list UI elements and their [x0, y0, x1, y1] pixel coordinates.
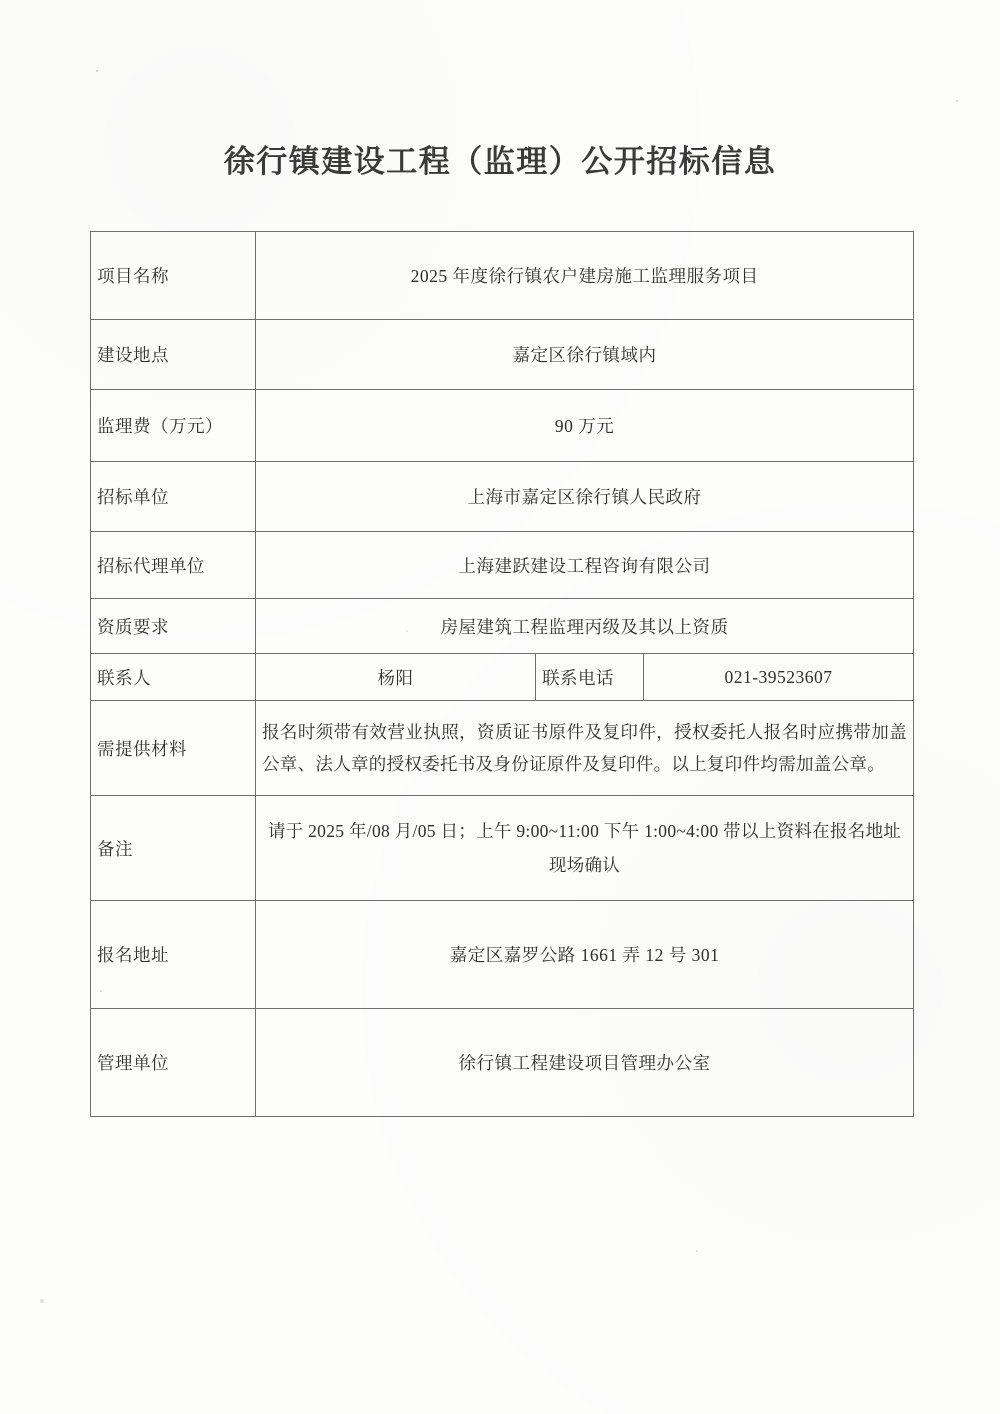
table-row-agency-unit: 招标代理单位 上海建跃建设工程咨询有限公司	[91, 532, 914, 599]
row-label: 招标单位	[91, 462, 256, 532]
row-value: 徐行镇工程建设项目管理办公室	[256, 1009, 914, 1117]
table-row-tendering-unit: 招标单位 上海市嘉定区徐行镇人民政府	[91, 462, 914, 532]
row-label-phone: 联系电话	[536, 654, 644, 701]
row-label: 联系人	[91, 654, 256, 701]
row-label: 备注	[91, 796, 256, 901]
row-value: 上海建跃建设工程咨询有限公司	[256, 532, 914, 599]
row-label: 资质要求	[91, 599, 256, 654]
row-value: 请于 2025 年/08 月/05 日；上午 9:00~11:00 下午 1:0…	[256, 796, 914, 901]
row-label: 监理费（万元）	[91, 390, 256, 462]
row-label: 报名地址	[91, 901, 256, 1009]
row-value: 房屋建筑工程监理丙级及其以上资质	[256, 599, 914, 654]
row-label: 项目名称	[91, 232, 256, 320]
row-label: 管理单位	[91, 1009, 256, 1117]
table-row-location: 建设地点 嘉定区徐行镇域内	[91, 320, 914, 390]
row-value: 嘉定区徐行镇域内	[256, 320, 914, 390]
row-label: 需提供材料	[91, 701, 256, 796]
contact-name: 杨阳	[256, 654, 536, 701]
contact-phone: 021-39523607	[644, 654, 914, 701]
row-value: 嘉定区嘉罗公路 1661 弄 12 号 301	[256, 901, 914, 1009]
row-label: 招标代理单位	[91, 532, 256, 599]
row-value: 报名时须带有效营业执照，资质证书原件及复印件，授权委托人报名时应携带加盖公章、法…	[256, 701, 914, 796]
row-value: 上海市嘉定区徐行镇人民政府	[256, 462, 914, 532]
bid-info-table: 项目名称 2025 年度徐行镇农户建房施工监理服务项目 建设地点 嘉定区徐行镇域…	[90, 231, 914, 1117]
table-row-remarks: 备注 请于 2025 年/08 月/05 日；上午 9:00~11:00 下午 …	[91, 796, 914, 901]
scan-speck	[96, 70, 98, 72]
scanned-document-page: 徐行镇建设工程（监理）公开招标信息 项目名称 2025 年度徐行镇农户建房施工监…	[0, 0, 1000, 1414]
table-row-contact: 联系人 杨阳 联系电话 021-39523607	[91, 654, 914, 701]
document-title: 徐行镇建设工程（监理）公开招标信息	[0, 136, 1000, 181]
row-value: 90 万元	[256, 390, 914, 462]
table-row-project-name: 项目名称 2025 年度徐行镇农户建房施工监理服务项目	[91, 232, 914, 320]
table-row-supervision-fee: 监理费（万元） 90 万元	[91, 390, 914, 462]
table-row-qualification: 资质要求 房屋建筑工程监理丙级及其以上资质	[91, 599, 914, 654]
row-value: 2025 年度徐行镇农户建房施工监理服务项目	[256, 232, 914, 320]
table-row-required-materials: 需提供材料 报名时须带有效营业执照，资质证书原件及复印件，授权委托人报名时应携带…	[91, 701, 914, 796]
table-row-management-unit: 管理单位 徐行镇工程建设项目管理办公室	[91, 1009, 914, 1117]
table-row-registration-address: 报名地址 嘉定区嘉罗公路 1661 弄 12 号 301	[91, 901, 914, 1009]
row-label: 建设地点	[91, 320, 256, 390]
